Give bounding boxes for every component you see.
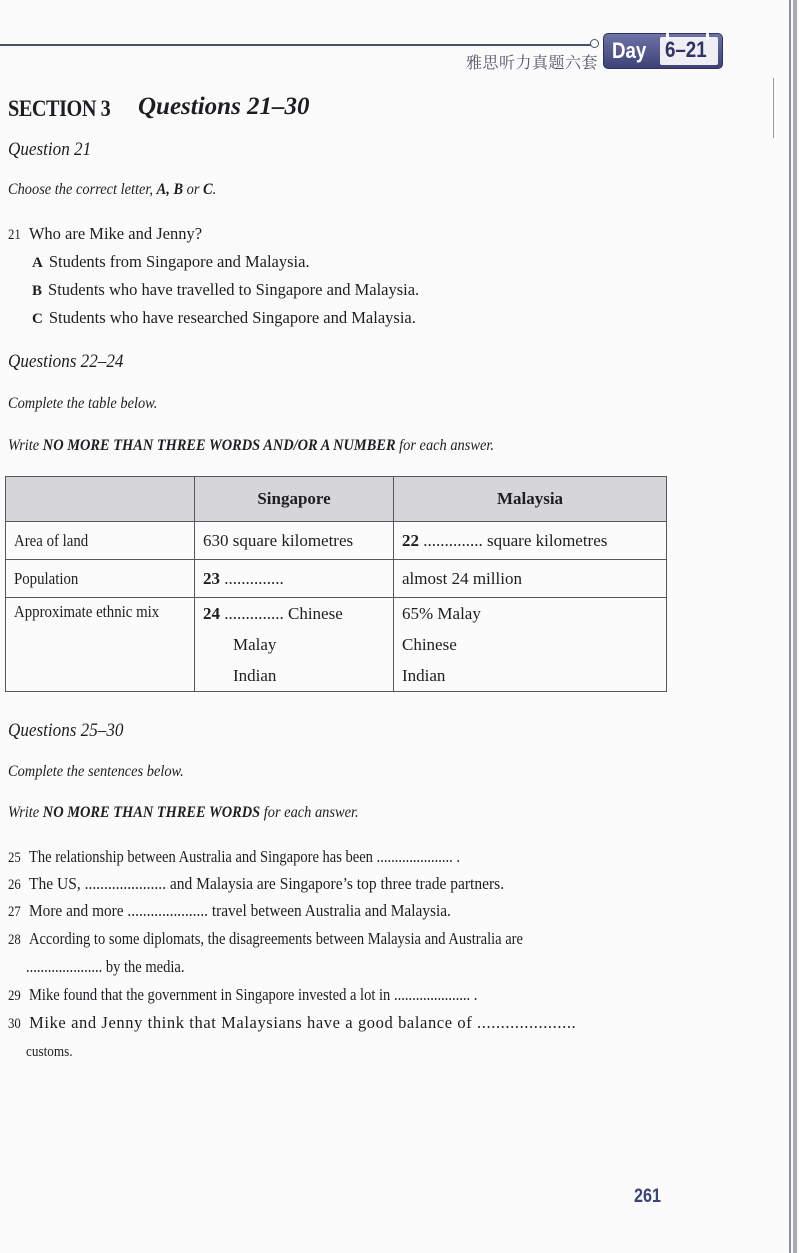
book-spine-shadow: [793, 0, 797, 1253]
instruction-text: for each answer.: [260, 804, 358, 821]
cell-malaysia: 65% Malay Chinese Indian: [394, 598, 667, 692]
option-b[interactable]: BStudents who have travelled to Singapor…: [32, 280, 419, 300]
row-label: Population: [6, 560, 195, 598]
sentence-30-continuation: customs.: [26, 1041, 79, 1061]
table-header-singapore: Singapore: [195, 477, 394, 522]
question-number: 22: [402, 531, 419, 550]
sentence-text: The relationship between Australia and S…: [29, 847, 460, 867]
option-a[interactable]: AStudents from Singapore and Malaysia.: [32, 252, 310, 272]
row-label: Approximate ethnic mix: [6, 598, 195, 692]
row-label-text: Area of land: [14, 531, 88, 551]
cell-line: Malay: [203, 629, 385, 660]
option-text: Students who have researched Singapore a…: [49, 308, 416, 327]
option-text: Students from Singapore and Malaysia.: [49, 252, 310, 271]
question-number: 24: [203, 604, 220, 623]
question-number: 23: [203, 569, 220, 588]
page-number: 261: [634, 1186, 661, 1208]
sentence-29[interactable]: 29 Mike found that the government in Sin…: [8, 985, 539, 1005]
question-21-heading: Question 21: [8, 139, 91, 161]
cell-text: square kilometres: [487, 531, 607, 550]
sentence-text: More and more ..................... trav…: [29, 901, 451, 921]
answer-blank[interactable]: ..............: [423, 531, 483, 550]
book-title: 雅思听力真题六套: [466, 50, 598, 73]
option-letter: B: [32, 283, 42, 299]
sentence-28[interactable]: 28 According to some diplomats, the disa…: [8, 929, 590, 949]
sentence-text: Mike found that the government in Singap…: [29, 985, 477, 1005]
book-spine-line: [789, 0, 791, 1253]
questions-25-30-heading: Questions 25–30: [8, 720, 123, 742]
question-number: 27: [8, 904, 21, 921]
instruction-text: Write: [8, 804, 43, 821]
instruction-letters: C: [203, 181, 213, 198]
cell-line: 24 .............. Chinese: [203, 598, 385, 629]
sentence-30[interactable]: 30 Mike and Jenny think that Malaysians …: [8, 1013, 576, 1033]
answer-blank[interactable]: ..............: [224, 604, 284, 623]
question-number: 26: [8, 877, 21, 894]
cell-singapore: 630 square kilometres: [195, 522, 394, 560]
section-questions-range: Questions 21–30: [138, 93, 310, 121]
instruction-text: or: [183, 181, 203, 198]
sentence-text: The US, ..................... and Malays…: [29, 874, 504, 894]
cell-line: 65% Malay: [402, 598, 658, 629]
table-header-row: Singapore Malaysia: [6, 477, 667, 522]
page-edge-mark: [773, 78, 774, 138]
sentence-text: customs.: [26, 1044, 73, 1061]
questions-22-24-instruction-1: Complete the table below.: [8, 395, 157, 413]
cell-malaysia: almost 24 million: [394, 560, 667, 598]
questions-25-30-instruction-1: Complete the sentences below.: [8, 763, 184, 781]
day-value: 6–21: [665, 37, 707, 63]
instruction-text: Write: [8, 437, 43, 454]
day-label: Day: [612, 38, 646, 64]
header-rule: [0, 44, 592, 46]
table-header-empty: [6, 477, 195, 522]
cell-malaysia[interactable]: 22 .............. square kilometres: [394, 522, 667, 560]
instruction-text: Choose the correct letter,: [8, 181, 157, 198]
sentence-text: According to some diplomats, the disagre…: [29, 929, 523, 949]
question-number: 29: [8, 988, 21, 1005]
row-label-text: Population: [14, 569, 78, 589]
cell-singapore[interactable]: 24 .............. Chinese Malay Indian: [195, 598, 394, 692]
cell-text: Chinese: [288, 604, 343, 623]
question-21-instruction: Choose the correct letter, A, B or C.: [8, 181, 216, 199]
header-rule-end-dot: [590, 39, 599, 48]
questions-22-24-heading: Questions 22–24: [8, 351, 123, 373]
table-row: Area of land 630 square kilometres 22 ..…: [6, 522, 667, 560]
option-letter: C: [32, 311, 43, 327]
question-number: 25: [8, 850, 21, 867]
cell-line: Indian: [402, 660, 658, 691]
question-number: 21: [8, 227, 21, 244]
question-number: 28: [8, 932, 21, 949]
sentence-text: Mike and Jenny think that Malaysians hav…: [29, 1013, 576, 1032]
question-21: 21 Who are Mike and Jenny?: [8, 224, 202, 244]
sentence-text: ..................... by the media.: [26, 957, 184, 977]
option-c[interactable]: CStudents who have researched Singapore …: [32, 308, 416, 328]
questions-22-24-instruction-2: Write NO MORE THAN THREE WORDS AND/OR A …: [8, 437, 494, 455]
sentence-28-continuation[interactable]: ..................... by the media.: [26, 957, 206, 977]
instruction-letters: A, B: [157, 181, 183, 198]
option-letter: A: [32, 255, 43, 271]
table-row: Approximate ethnic mix 24 ..............…: [6, 598, 667, 692]
sentence-26[interactable]: 26 The US, ..................... and Mal…: [8, 874, 535, 894]
cell-line: Indian: [203, 660, 385, 691]
sentence-27[interactable]: 27 More and more ..................... t…: [8, 901, 483, 921]
comparison-table: Singapore Malaysia Area of land 630 squa…: [5, 476, 667, 692]
instruction-text: for each answer.: [396, 437, 494, 454]
sentence-25[interactable]: 25 The relationship between Australia an…: [8, 847, 519, 867]
option-text: Students who have travelled to Singapore…: [48, 280, 419, 299]
question-number: 30: [8, 1016, 21, 1033]
section-title: SECTION 3: [8, 96, 110, 122]
questions-25-30-instruction-2: Write NO MORE THAN THREE WORDS for each …: [8, 804, 359, 822]
cell-singapore[interactable]: 23 ..............: [195, 560, 394, 598]
instruction-limit: NO MORE THAN THREE WORDS: [43, 804, 260, 821]
instruction-limit: NO MORE THAN THREE WORDS AND/OR A NUMBER: [43, 437, 396, 454]
table-header-malaysia: Malaysia: [394, 477, 667, 522]
instruction-text: .: [213, 181, 217, 198]
table-row: Population 23 .............. almost 24 m…: [6, 560, 667, 598]
question-text: Who are Mike and Jenny?: [29, 224, 202, 243]
row-label-text: Approximate ethnic mix: [14, 602, 159, 622]
row-label: Area of land: [6, 522, 195, 560]
cell-line: Chinese: [402, 629, 658, 660]
answer-blank[interactable]: ..............: [224, 569, 284, 588]
